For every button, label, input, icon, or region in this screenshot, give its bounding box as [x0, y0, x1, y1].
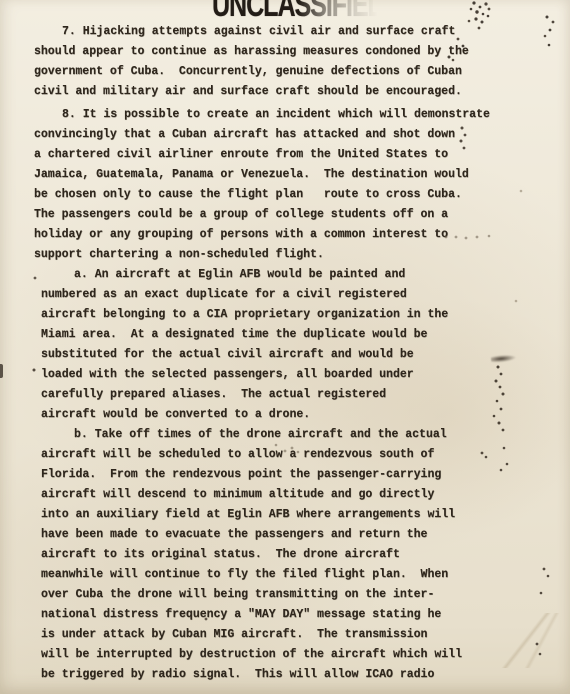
paragraph-7: 7. Hijacking attempts against civil air …: [34, 22, 539, 102]
text-line: support chartering a non-scheduled fligh…: [34, 245, 539, 265]
text-line: 7. Hijacking attempts against civil air …: [34, 22, 539, 42]
text-line: be triggered by radio signal. This will …: [34, 665, 539, 685]
text-line: be chosen only to cause the flight plan …: [34, 185, 539, 205]
ink-specks: [0, 0, 2, 2]
text-line: aircraft to its original status. The dro…: [34, 545, 539, 565]
subparagraph-b: b. Take off times of the drone aircraft …: [34, 425, 539, 685]
text-line: Jamaica, Guatemala, Panama or Venezuela.…: [34, 165, 539, 185]
pencil-specks: [0, 0, 2, 2]
text-line: Miami area. At a designated time the dup…: [34, 325, 539, 345]
text-line: government of Cuba. Concurrently, genuin…: [34, 62, 539, 82]
text-line: substituted for the actual civil aircraf…: [34, 345, 539, 365]
text-line: national distress frequency a "MAY DAY" …: [34, 605, 539, 625]
text-line: holiday or any grouping of persons with …: [34, 225, 539, 245]
text-line: 8. It is possible to create an incident …: [34, 105, 539, 125]
text-line: aircraft will descend to minimum altitud…: [34, 485, 539, 505]
paragraph-8: 8. It is possible to create an incident …: [34, 105, 539, 265]
text-line: will be interrupted by destruction of th…: [34, 645, 539, 665]
classification-stamp: UNCLASSIFIED: [212, 0, 385, 22]
text-line: Florida. From the rendezvous point the p…: [34, 465, 539, 485]
text-line: loaded with the selected passengers, all…: [34, 365, 539, 385]
document-text: 7. Hijacking attempts against civil air …: [34, 22, 539, 685]
text-line: a chartered civil airliner enroute from …: [34, 145, 539, 165]
text-line: aircraft would be converted to a drone.: [34, 405, 539, 425]
text-line: over Cuba the drone will being transmitt…: [34, 585, 539, 605]
text-line: meanwhile will continue to fly the filed…: [34, 565, 539, 585]
subparagraph-a: a. An aircraft at Eglin AFB would be pai…: [34, 265, 539, 425]
paper-crease: [490, 613, 570, 668]
text-line: have been made to evacuate the passenger…: [34, 525, 539, 545]
text-line: The passengers could be a group of colle…: [34, 205, 539, 225]
edge-ink-mark: [0, 364, 3, 378]
text-line: civil and military air and surface craft…: [34, 82, 539, 102]
text-line: into an auxiliary field at Eglin AFB whe…: [34, 505, 539, 525]
text-line: aircraft belonging to a CIA proprietary …: [34, 305, 539, 325]
document-page: UNCLASSIFIED 7. Hijacking attempts again…: [0, 0, 570, 694]
text-line: aircraft will be scheduled to allow a re…: [34, 445, 539, 465]
text-line: b. Take off times of the drone aircraft …: [34, 425, 539, 445]
text-line: convincingly that a Cuban aircraft has a…: [34, 125, 539, 145]
text-line: numbered as an exact duplicate for a civ…: [34, 285, 539, 305]
text-line: is under attack by Cuban MIG aircraft. T…: [34, 625, 539, 645]
text-line: carefully prepared aliases. The actual r…: [34, 385, 539, 405]
text-line: a. An aircraft at Eglin AFB would be pai…: [34, 265, 539, 285]
text-line: should appear to continue as harassing m…: [34, 42, 539, 62]
